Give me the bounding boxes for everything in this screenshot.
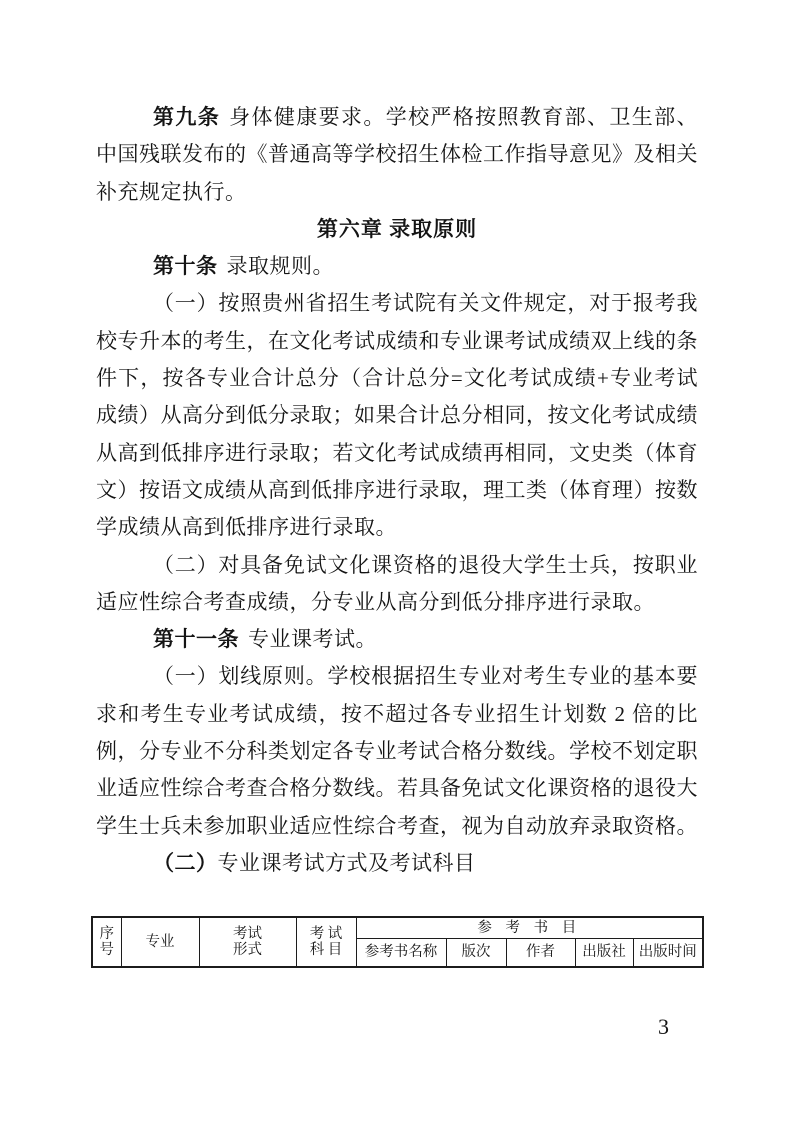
article-9-paragraph: 第九条身体健康要求。学校严格按照教育部、卫生部、中国残联发布的《普通高等学校招生… — [96, 99, 698, 211]
article-10-text: 录取规则。 — [227, 254, 335, 278]
article-10-item-2: （二）对具备免试文化课资格的退役大学生士兵，按职业适应性综合考查成绩，分专业从高… — [96, 547, 698, 622]
table-header-ref-edition: 版次 — [446, 938, 506, 967]
page-number: 3 — [658, 1014, 669, 1040]
article-11-paragraph: 第十一条专业课考试。 — [96, 621, 698, 658]
table-header-reference-group: 参 考 书 目 — [356, 917, 703, 938]
table-header-ref-publisher: 出版社 — [575, 938, 633, 967]
table-header-ref-pubdate: 出版时间 — [633, 938, 703, 967]
table-header-ref-author: 作者 — [506, 938, 575, 967]
article-11-item-1: （一）划线原则。学校根据招生专业对考生专业的基本要求和考生专业考试成绩，按不超过… — [96, 658, 698, 844]
article-9-label: 第九条 — [153, 105, 220, 129]
table-header-ref-name: 参考书名称 — [356, 938, 446, 967]
article-11-item-2-text: 专业课考试方式及考试科目 — [218, 851, 476, 875]
article-10-item-1: （一）按照贵州省招生考试院有关文件规定，对于报考我校专升本的考生，在文化考试成绩… — [96, 285, 698, 546]
table-header-major: 专业 — [121, 917, 199, 967]
article-11-item-2-label: （二） — [153, 851, 218, 875]
article-10-label: 第十条 — [153, 254, 218, 278]
chapter-6-heading: 第六章 录取原则 — [96, 211, 698, 248]
table-header-exam-form: 考试 形式 — [199, 917, 296, 967]
article-11-text: 专业课考试。 — [248, 627, 377, 651]
document-body: 第九条身体健康要求。学校严格按照教育部、卫生部、中国残联发布的《普通高等学校招生… — [96, 99, 698, 882]
document-page: 第九条身体健康要求。学校严格按照教育部、卫生部、中国残联发布的《普通高等学校招生… — [0, 0, 793, 1122]
article-10-paragraph: 第十条录取规则。 — [96, 248, 698, 285]
article-11-item-2: （二）专业课考试方式及考试科目 — [96, 845, 698, 882]
exam-subjects-table: 序 号 专业 考试 形式 考 试 科 目 参 考 书 目 参考书名称 版次 作者… — [91, 916, 704, 968]
table-header-index: 序 号 — [92, 917, 121, 967]
table-header-exam-subject: 考 试 科 目 — [296, 917, 356, 967]
article-11-label: 第十一条 — [153, 627, 239, 651]
